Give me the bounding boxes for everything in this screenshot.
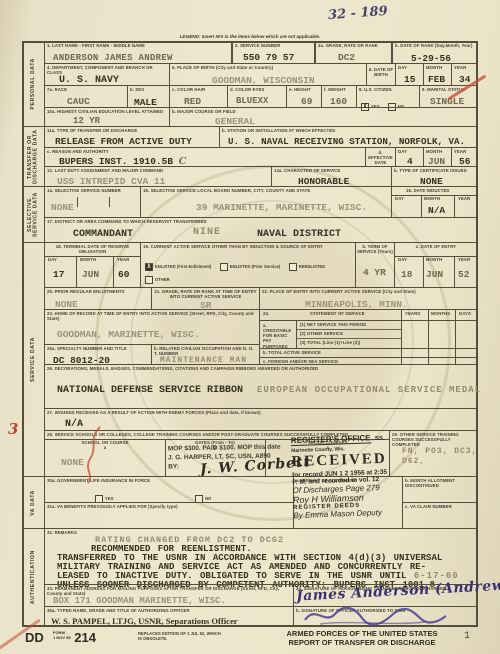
field-effective-label: d. EFFECTIVE DATE [366, 150, 395, 165]
dob-year-header: YEAR [454, 65, 476, 70]
dob-day-header: DAY [398, 65, 422, 70]
field-decorations: 26. DECORATIONS, MEDALS, BADGES, COMMEND… [44, 364, 478, 409]
field-character-label: 13a. CHARACTER OF SERVICE [274, 168, 390, 173]
field-place-of-entry: 22. PLACE OF ENTRY INTO CURRENT ACTIVE S… [259, 287, 478, 310]
field-other-training-value1: FN, PO3, DC3, [402, 447, 477, 456]
enlisted-first-label: ENLISTED (First Enlistment) [155, 264, 211, 269]
field-ss-number-value: NONE [51, 202, 74, 213]
field-certificate-issued: b. TYPE OF CERTIFICATE ISSUED NONE [391, 166, 478, 187]
section-service-data: SERVICE DATA [22, 242, 45, 477]
ss-number-divider [77, 197, 78, 207]
field-specialty-label: 25a. SPECIALTY NUMBER AND TITLE [47, 346, 150, 351]
field-station-value: U. S. NAVAL RECEIVING STATION, NORFOLK, … [228, 136, 465, 147]
register-ss: SS. [375, 436, 385, 442]
field-discontinued-label: b. MONTH ALLOTMENT DISCONTINUED [405, 478, 476, 488]
field-weight-label: f. WEIGHT [324, 87, 355, 92]
field-remarks: 32. REMARKS RATING CHANGED FROM DC2 TO D… [44, 528, 478, 585]
other-label: OTHER [155, 277, 170, 282]
field-education-value: 12 YR [73, 116, 100, 126]
field-dob-month: MONTH FEB [423, 63, 452, 86]
field-selective-service-number: 14. SELECTIVE SERVICE NUMBER NONE [44, 186, 141, 218]
field-last-name-label: 1. LAST NAME - FIRST NAME - MIDDLE NAME [47, 43, 230, 48]
field-hair-label: c. COLOR HAIR [172, 87, 226, 92]
field-va-benefits: 31a. VA BENEFITS PREVIOUSLY APPLIED FOR … [44, 502, 294, 529]
field-wounds-label: 27. WOUNDS RECEIVED AS A RESULT OF ACTIO… [47, 410, 476, 415]
field-race-label: 7a. RACE [47, 87, 126, 92]
field-wounds: 27. WOUNDS RECEIVED AS A RESULT OF ACTIO… [44, 408, 478, 431]
field-home-label: 23. HOME OF RECORD AT TIME OF ENTRY INTO… [47, 311, 258, 321]
footer-form-id: DD FORM 1 NOV 55 214 [25, 629, 96, 647]
decoration-european-medal: EUROPEAN OCCUPATIONAL SERVICE MEDAL [257, 385, 481, 395]
field-character-of-service: 13a. CHARACTER OF SERVICE HONORABLE [271, 166, 392, 187]
field-term-label: b. TERM OF SERVICE (Years) [356, 244, 394, 254]
reenlisted-label: REENLISTED [299, 264, 326, 269]
field-terminal-label: 18. TERMINAL DATE OF RESERVE OBLIGATION [45, 244, 140, 254]
sos-days-header: DAYS [459, 311, 476, 316]
field-address-label: 33. PERMANENT ADDRESS FOR MAILING PURPOS… [47, 586, 292, 596]
other-checkbox [145, 276, 153, 284]
sos-creditable-label: a. CREDITABLE FOR BASIC PAY PURPOSES [263, 323, 295, 349]
field-us-citizen: 8. U.S. CITIZEN XYES NO [356, 85, 420, 108]
field-eyes-label: d. COLOR EYES [230, 87, 285, 92]
terminal-year-value: 60 [118, 269, 129, 280]
field-district-label: 17. DISTRICT OR AREA COMMAND TO WHICH RE… [47, 219, 476, 224]
field-grade-label: 3a. GRADE, RATE OR RANK [318, 43, 390, 48]
field-type-discharge-label: 11a. TYPE OF TRANSFER OR DISCHARGE [47, 128, 218, 133]
field-prior-label: 20. PRIOR REGULAR ENLISTMENTS [47, 289, 150, 294]
field-sex: b. SEX MALE [127, 85, 170, 108]
district-naval-district: NAVAL DISTRICT [257, 229, 341, 240]
footer-title-line2: REPORT OF TRANSFER OR DISCHARGE [277, 638, 447, 647]
register-line1: REGISTER'S OFFICE [291, 433, 371, 446]
field-term-of-service: b. TERM OF SERVICE (Years) 4 YR [355, 242, 395, 288]
decoration-national-defense: NATIONAL DEFENSE SERVICE RIBBON [57, 385, 243, 396]
field-eyes-value: BLUEXX [236, 96, 268, 106]
section-service-label: SERVICE DATA [31, 337, 37, 382]
field-reason-label: c. REASON AND AUTHORITY [47, 149, 364, 154]
sos-total: (3) TOTAL (Line (1)+Line (2)) [300, 340, 476, 345]
field-effective-date: d. EFFECTIVE DATE [365, 147, 396, 167]
field-last-name: 1. LAST NAME - FIRST NAME - MIDDLE NAME … [44, 41, 232, 64]
statement-of-service-table: 24. STATEMENT OF SERVICE YEARS MONTHS DA… [259, 309, 478, 365]
field-certificate-label: b. TYPE OF CERTIFICATE ISSUED [394, 168, 476, 173]
field-type-discharge-value: RELEASE FROM ACTIVE DUTY [55, 136, 192, 147]
field-date-of-rank-label: b. DATE OF RANK (Day,Month, Year) [395, 43, 476, 48]
section-selective-data: SELECTIVE SERVICE DATA [22, 186, 45, 243]
sos-net-service: (1) NET SERVICE THIS PERIOD [300, 322, 476, 327]
field-mailing-address: 33. PERMANENT ADDRESS FOR MAILING PURPOS… [44, 584, 294, 607]
field-civilian-occupation: b. RELATED CIVILIAN OCCUPATION AND D. O.… [151, 344, 260, 365]
dob-day-value: 15 [404, 74, 415, 85]
field-weight-value: 160 [330, 96, 347, 107]
field-term-value: 4 YR [363, 267, 386, 278]
effective-year-header: YEAR [454, 149, 476, 154]
insurance-yes-label: YES [105, 496, 113, 501]
field-specialty-number: 25a. SPECIALTY NUMBER AND TITLE DC 8012-… [44, 344, 152, 365]
field-height: e. HEIGHT 69 [286, 85, 322, 108]
field-reason-authority: c. REASON AND AUTHORITY BUPERS INST. 191… [44, 147, 366, 167]
field-hair-value: RED [184, 96, 201, 107]
field-eye-color: d. COLOR EYES BLUEXX [227, 85, 287, 108]
field-service-number-label: 2. SERVICE NUMBER [235, 43, 313, 48]
footer-replaces-line2: IS OBSOLETE. [138, 636, 248, 641]
footer-replaces-note: REPLACES EDITION OF 1 JUL 52, WHICH IS O… [138, 631, 248, 642]
field-education-label: 10a. HIGHEST CIVILIAN EDUCATION LEVEL AT… [47, 109, 168, 114]
field-height-label: e. HEIGHT [289, 87, 320, 92]
section-authentication: AUTHENTICATION [22, 528, 45, 627]
field-prior-enlistments: 20. PRIOR REGULAR ENLISTMENTS NONE [44, 287, 152, 310]
section-va-data: VA DATA [22, 476, 45, 529]
field-service-number-value: 550 79 57 [243, 52, 294, 63]
dob-month-value: FEB [428, 74, 445, 85]
effective-day-header: DAY [398, 149, 422, 154]
register-office-stamp: REGISTER'S OFFICE SS. Marinette County, … [290, 426, 413, 520]
field-occupation-label: b. RELATED CIVILIAN OCCUPATION AND D. O.… [154, 346, 258, 356]
district-nine-stamp: NINE [193, 227, 221, 238]
field-decorations-label: 26. DECORATIONS, MEDALS, BADGES, COMMEND… [47, 366, 476, 371]
district-commandant: COMMANDANT [73, 229, 133, 240]
entry-month-value: JUN [426, 269, 443, 280]
field-place-of-birth-label: 5. PLACE OF BIRTH (City and State or Cou… [172, 65, 365, 70]
handwritten-file-number: 32 - 189 [328, 4, 389, 23]
register-deputy: Deputy [356, 508, 382, 518]
field-district-command: 17. DISTRICT OR AREA COMMAND TO WHICH RE… [44, 217, 478, 243]
field-date-inducted: 16. DATE INDUCTED DAY MONTH YEAR N/A [391, 186, 478, 218]
field-local-board: 15. SELECTIVE SERVICE LOCAL BOARD NUMBER… [140, 186, 392, 218]
effective-day: DAY 4 [395, 147, 424, 167]
footer-form-date: 1 NOV 55 [53, 635, 83, 640]
footer-page-number: 1 [464, 631, 470, 642]
section-va-label: VA DATA [31, 490, 37, 516]
dob-month-header: MONTH [426, 65, 450, 70]
sos-total-active: b. TOTAL ACTIVE SERVICE [263, 350, 476, 355]
red-margin-number: 3 [8, 420, 18, 438]
field-terminal-date: 18. TERMINAL DATE OF RESERVE OBLIGATION … [44, 242, 141, 288]
insurance-no-label: NO [205, 496, 211, 501]
field-officer-value: W. S. PAMPEL, LTJG, USNR, Separations Of… [51, 616, 238, 626]
field-source-of-entry: 19. CURRENT ACTIVE SERVICE OTHER THAN BY… [140, 242, 356, 288]
field-dob-day: DAY 15 [395, 63, 424, 86]
section-transfer-data: TRANSFER OR DISCHARGE DATA [22, 126, 45, 187]
field-last-name-value: ANDERSON JAMES ANDREW [53, 53, 173, 63]
section-auth-label: AUTHENTICATION [31, 550, 37, 604]
field-service-number: 2. SERVICE NUMBER 550 79 57 [232, 41, 315, 64]
field-date-of-entry: c. DATE OF ENTRY DAY MONTH YEAR 18 JUN 5… [394, 242, 478, 288]
field-grade-value: DC2 [338, 52, 355, 63]
field-height-value: 69 [301, 96, 312, 107]
field-claim-label: c. VA CLAIM NUMBER [405, 504, 476, 509]
field-education-level: 10a. HIGHEST CIVILIAN EDUCATION LEVEL AT… [44, 107, 170, 127]
field-race: 7a. RACE CAUC [44, 85, 128, 108]
dd214-form-scan: 32 - 189 LEGEND: Insert N/A in the items… [0, 0, 500, 654]
sos-other-service: (2) OTHER SERVICE [300, 331, 476, 336]
field-month-discontinued: b. MONTH ALLOTMENT DISCONTINUED [402, 476, 478, 503]
field-weight: f. WEIGHT 160 [321, 85, 357, 108]
field-race-value: CAUC [67, 96, 90, 107]
field-last-duty-label: 12. LAST DUTY ASSIGNMENT AND MAJOR COMMA… [47, 168, 270, 173]
reenlisted-checkbox [289, 263, 297, 271]
field-dob-label: 6. DATE OF BIRTH [367, 67, 395, 77]
field-type-of-discharge: 11a. TYPE OF TRANSFER OR DISCHARGE RELEA… [44, 126, 220, 148]
field-hair-color: c. COLOR HAIR RED [169, 85, 228, 108]
field-home-value: GOODMAN, MARINETTE, WISC. [57, 329, 200, 340]
field-local-board-label: 15. SELECTIVE SERVICE LOCAL BOARD NUMBER… [143, 188, 390, 193]
field-date-of-birth: 6. DATE OF BIRTH [366, 63, 396, 86]
field-grade-at-entry: 21. GRADE, RATE OR RANK AT TIME OF ENTRY… [151, 287, 260, 310]
field-date-inducted-value: N/A [428, 205, 445, 216]
field-station-effected: b. STATION OR INSTALLATION AT WHICH EFFE… [219, 126, 478, 148]
entry-day-value: 18 [401, 269, 412, 280]
field-major-label: b. MAJOR COURSE OR FIELD [172, 109, 476, 114]
field-grade-entry-label: 21. GRADE, RATE OR RANK AT TIME OF ENTRY… [152, 289, 259, 299]
effective-year: YEAR 56 [451, 147, 478, 167]
field-authorizing-officer: 35a. TYPED NAME, GRADE AND TITLE OF AUTH… [44, 606, 294, 627]
legend-line: LEGEND: Insert N/A in the items below wh… [100, 34, 400, 39]
terminal-month-value: JUN [82, 269, 99, 280]
field-entry-date-label: c. DATE OF ENTRY [395, 244, 477, 249]
ss-number-divider2 [109, 197, 110, 207]
field-place-entry-label: 22. PLACE OF ENTRY INTO CURRENT ACTIVE S… [262, 289, 476, 294]
field-ss-number-label: 14. SELECTIVE SERVICE NUMBER [47, 188, 139, 193]
footer-title-line1: ARMED FORCES OF THE UNITED STATES [277, 629, 447, 638]
red-squiggle-mark [78, 425, 108, 485]
field-department-label: 4. DEPARTMENT, COMPONENT AND BRANCH OR C… [47, 65, 168, 75]
inducted-year-header: YEAR [458, 196, 476, 201]
enlisted-prior-label: ENLISTED (Prior Service) [230, 264, 281, 269]
field-source-label: 19. CURRENT ACTIVE SERVICE OTHER THAN BY… [143, 244, 354, 249]
field-department-branch: 4. DEPARTMENT, COMPONENT AND BRANCH OR C… [44, 63, 170, 86]
field-home-of-record: 23. HOME OF RECORD AT TIME OF ENTRY INTO… [44, 309, 260, 345]
enlisted-first-mark: X [146, 263, 152, 270]
enlisted-first-checkbox: X [145, 263, 153, 271]
field-officer-label: 35a. TYPED NAME, GRADE AND TITLE OF AUTH… [47, 608, 292, 613]
effective-month: MONTH JUN [423, 147, 452, 167]
field-date-of-rank: b. DATE OF RANK (Day,Month, Year) 5-29-5… [392, 41, 478, 64]
field-citizen-label: 8. U.S. CITIZEN [359, 87, 418, 92]
field-date-inducted-label: 16. DATE INDUCTED [406, 188, 476, 193]
footer-title: ARMED FORCES OF THE UNITED STATES REPORT… [277, 629, 447, 648]
field-local-board-value: 39 MARINETTE, MARINETTE, WISC. [196, 202, 367, 213]
section-personal-data: PERSONAL DATA [22, 41, 45, 127]
field-major-course: b. MAJOR COURSE OR FIELD GENERAL [169, 107, 478, 127]
field-grade-rate-rank: 3a. GRADE, RATE OR RANK DC2 [315, 41, 392, 64]
enlisted-prior-checkbox [220, 263, 228, 271]
field-place-of-birth: 5. PLACE OF BIRTH (City and State or Cou… [169, 63, 367, 86]
field-address-value: BOX 171 GOODMAN MARINETTE, WISC. [53, 596, 226, 606]
section-personal-label: PERSONAL DATA [31, 58, 37, 110]
field-station-label: b. STATION OR INSTALLATION AT WHICH EFFE… [222, 128, 476, 133]
footer-dd: DD [25, 630, 44, 645]
officer-signature-scribble [300, 600, 450, 630]
effective-month-header: MONTH [426, 149, 450, 154]
field-sex-label: b. SEX [130, 87, 168, 92]
terminal-year-header: YEAR [117, 257, 139, 262]
entry-year-value: 52 [458, 269, 469, 280]
section-selective-label: SELECTIVE SERVICE DATA [28, 187, 39, 242]
terminal-day-value: 17 [53, 269, 64, 280]
section-transfer-label: TRANSFER OR DISCHARGE DATA [28, 127, 39, 186]
field-last-duty: 12. LAST DUTY ASSIGNMENT AND MAJOR COMMA… [44, 166, 272, 187]
field-va-benefits-label: 31a. VA BENEFITS PREVIOUSLY APPLIED FOR … [47, 504, 292, 509]
entry-year-header: YEAR [458, 257, 476, 262]
